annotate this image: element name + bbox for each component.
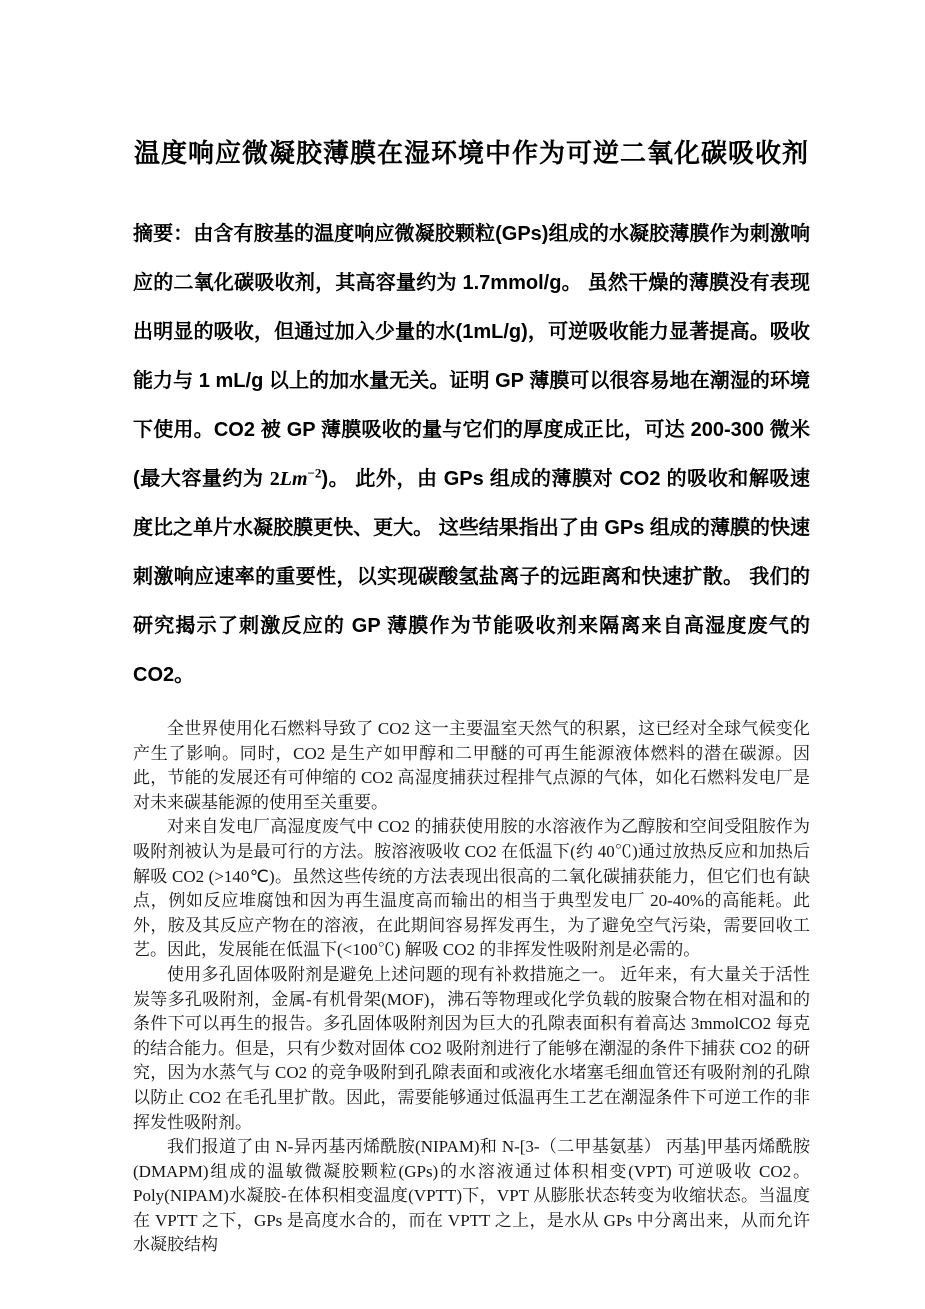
abstract-label: 摘要： (133, 223, 193, 245)
math-variable: Lm (280, 468, 308, 490)
document-page: 温度响应微凝胶薄膜在湿环境中作为可逆二氧化碳吸收剂 摘要：由含有胺基的温度响应微… (0, 0, 925, 1309)
document-body: 全世界使用化石燃料导致了 CO2 这一主要温室天然气的积累，这已经对全球气候变化… (133, 717, 810, 1258)
body-paragraph-intro: 全世界使用化石燃料导致了 CO2 这一主要温室天然气的积累，这已经对全球气候变化… (133, 717, 810, 815)
math-superscript: −2 (308, 465, 322, 480)
abstract-text-part2: )。 此外，由 GPs 组成的薄膜对 CO2 的吸收和解吸速度比之单片水凝胶膜更… (133, 468, 810, 686)
math-coefficient: 2 (270, 468, 280, 490)
abstract-text-part1: 由含有胺基的温度响应微凝胶颗粒(GPs)组成的水凝胶薄膜作为刺激响应的二氧化碳吸… (133, 223, 810, 490)
body-paragraph-porous-solids: 使用多孔固体吸附剂是避免上述问题的现有补救措施之一。 近年来，有大量关于活性炭等… (133, 963, 810, 1135)
abstract-paragraph: 摘要：由含有胺基的温度响应微凝胶颗粒(GPs)组成的水凝胶薄膜作为刺激响应的二氧… (133, 210, 810, 700)
math-expression: 2Lm−2 (270, 468, 322, 490)
body-paragraph-microgel-report: 我们报道了由 N-异丙基丙烯酰胺(NIPAM)和 N-[3-（二甲基氨基） 丙基… (133, 1135, 810, 1258)
document-title: 温度响应微凝胶薄膜在湿环境中作为可逆二氧化碳吸收剂 (133, 135, 810, 171)
body-paragraph-amine-solutions: 对来自发电厂高湿度废气中 CO2 的捕获使用胺的水溶液作为乙醇胺和空间受阻胺作为… (133, 815, 810, 963)
